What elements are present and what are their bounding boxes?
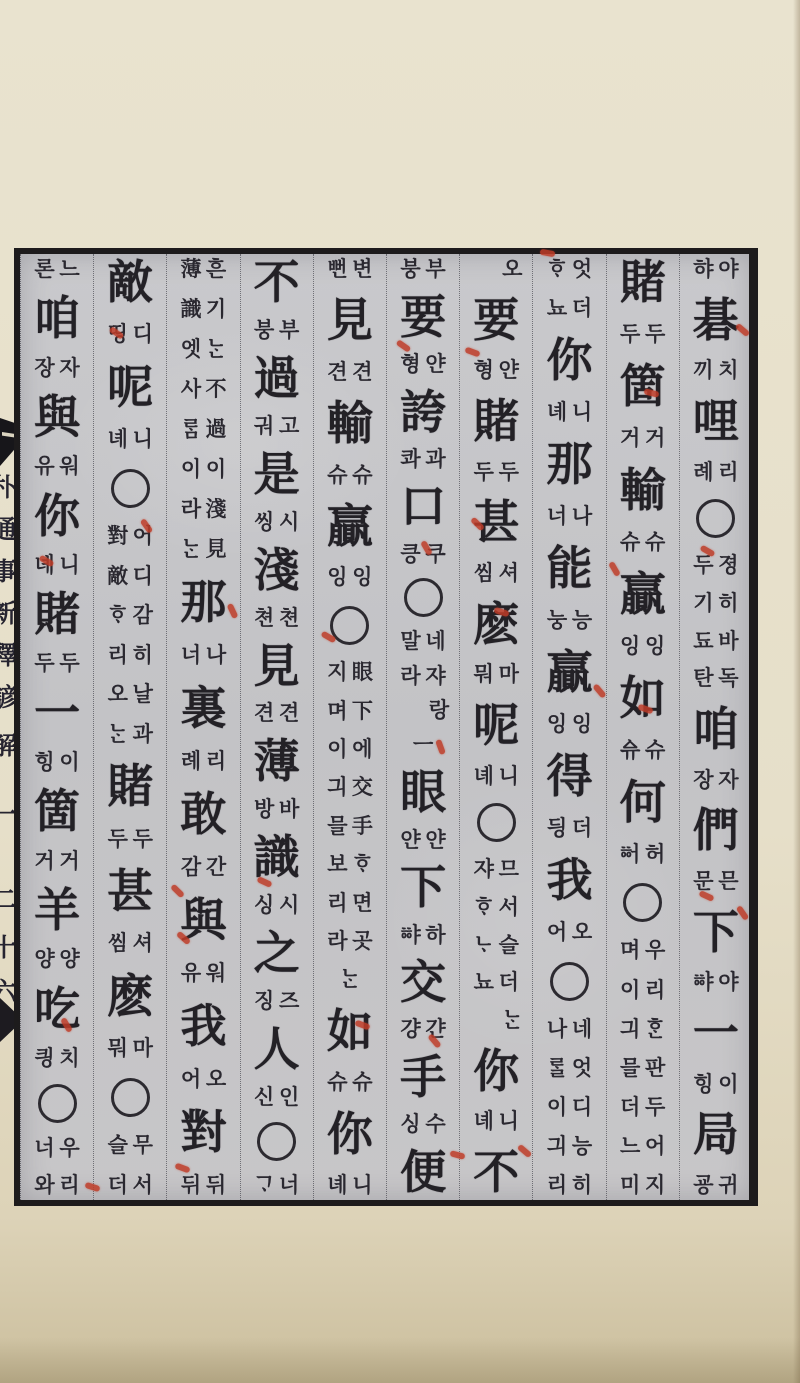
reading-left: 지 bbox=[326, 662, 348, 683]
section-circle bbox=[111, 469, 150, 508]
reading-right: 슈 bbox=[644, 532, 666, 553]
reading-right: 마 bbox=[498, 664, 520, 685]
reading-pair: 뭐마 bbox=[473, 664, 520, 685]
reading-right: 니 bbox=[351, 1175, 373, 1196]
reading-left: 녜 bbox=[473, 1111, 495, 1132]
reading-pair: 걍갼 bbox=[400, 1019, 447, 1040]
reading-pair: 이리 bbox=[619, 980, 666, 1001]
hanja-char: 眼 bbox=[400, 769, 446, 816]
reading-left: 거 bbox=[34, 851, 56, 872]
reading-pair: ᄀᆞ너 bbox=[253, 1175, 300, 1196]
reading-right: 오 bbox=[571, 922, 593, 943]
reading-right: 간 bbox=[205, 857, 227, 878]
reading-pair: 문믄 bbox=[692, 871, 739, 892]
reading-right: 능 bbox=[571, 1136, 593, 1157]
reading-left: 잉 bbox=[326, 567, 348, 588]
reading-right: 감 bbox=[132, 605, 154, 626]
reading-left: 두 bbox=[473, 462, 495, 483]
reading-right: 네 bbox=[571, 1019, 593, 1040]
reading-left: 사 bbox=[180, 379, 202, 400]
reading-left: 힝 bbox=[692, 1074, 714, 1095]
hanja-char: 箇 bbox=[620, 363, 666, 410]
reading-right: 거 bbox=[644, 428, 666, 449]
reading-right: 니 bbox=[498, 1111, 520, 1132]
reading-pair: 라곳 bbox=[326, 931, 373, 952]
reading-left: 씸 bbox=[107, 933, 129, 954]
reading-pair: 신인 bbox=[253, 1087, 300, 1108]
reading-left: 두 bbox=[107, 829, 129, 850]
reading-left: 어 bbox=[180, 1069, 202, 1090]
reading-left: 이 bbox=[619, 980, 641, 1001]
reading-left: 뇨 bbox=[473, 972, 495, 993]
reading-pair: 와리 bbox=[34, 1175, 81, 1196]
reading-left: 싱 bbox=[400, 1114, 422, 1135]
reading-left: 더 bbox=[619, 1097, 641, 1118]
reading-left: 감 bbox=[180, 857, 202, 878]
reading-pair: 킝치 bbox=[34, 1048, 81, 1069]
reading-left: 탄 bbox=[692, 668, 714, 689]
reading-pair: 끼치 bbox=[692, 360, 739, 381]
hanja-char: 是 bbox=[254, 451, 300, 498]
reading-right: 야 bbox=[717, 972, 739, 993]
reading-right: 하 bbox=[425, 925, 447, 946]
hanja-char: 交 bbox=[400, 959, 446, 1006]
section-circle bbox=[550, 962, 589, 1001]
reading-pair: ᅀᅲ슈 bbox=[619, 740, 666, 761]
reading-pair: 탄독 bbox=[692, 668, 739, 689]
reading-pair: 두두 bbox=[473, 462, 520, 483]
reading-left: 긔 bbox=[326, 777, 348, 798]
reading-right: 두 bbox=[59, 653, 81, 674]
hanja-char: 過 bbox=[254, 355, 300, 402]
hanja-char: 你 bbox=[34, 493, 80, 540]
reading-pair: 슈슈 bbox=[326, 465, 373, 486]
reading-pair: 긔능 bbox=[546, 1136, 593, 1157]
reading-right: 서 bbox=[132, 1175, 154, 1196]
reading-right: 이 bbox=[205, 459, 227, 480]
reading-pair: 눙능 bbox=[546, 610, 593, 631]
reading-right: 워 bbox=[59, 456, 81, 477]
reading-left: 햐 bbox=[692, 259, 714, 280]
reading-right: 셔 bbox=[132, 933, 154, 954]
reading-left: 뭐 bbox=[107, 1038, 129, 1059]
hanja-char: 那 bbox=[546, 441, 592, 488]
column-6: 뻔변見견견輸슈슈贏잉잉지眼며下이에긔交믈手보ᄒᆞ리면라곳ᄂᆞᆫ如슈슈你녜니 bbox=[313, 254, 386, 1200]
reading-right: 즈 bbox=[278, 991, 300, 1012]
reading-right: 잉 bbox=[644, 636, 666, 657]
hanja-char: 贏 bbox=[620, 571, 666, 618]
reading-pair: 이이 bbox=[180, 459, 227, 480]
hanja-char: 裏 bbox=[180, 685, 226, 732]
reading-left: 나 bbox=[546, 1019, 568, 1040]
reading-pair: 너나 bbox=[180, 645, 227, 666]
reading-pair: 녜니 bbox=[473, 1111, 520, 1132]
reading-pair: 녜니 bbox=[546, 402, 593, 423]
hanja-char: 那 bbox=[180, 579, 226, 626]
reading-pair: ᄒᆞ감 bbox=[107, 605, 154, 626]
reading-left: ᅘᅥ bbox=[619, 844, 641, 865]
reading-left: 너 bbox=[546, 506, 568, 527]
reading-right: 독 bbox=[717, 668, 739, 689]
reading-pair: 얀얀 bbox=[400, 830, 447, 851]
reading-pair: 며下 bbox=[326, 701, 373, 722]
reading-right: 뒤 bbox=[205, 1175, 227, 1196]
reading-left: 이 bbox=[326, 739, 348, 760]
section-circle bbox=[38, 1084, 77, 1123]
reading-right: 치 bbox=[717, 360, 739, 381]
reading-pair: 리히 bbox=[546, 1175, 593, 1196]
reading-left: 뭐 bbox=[473, 664, 495, 685]
reading-pair: 씸셔 bbox=[473, 563, 520, 584]
reading-left: 례 bbox=[692, 462, 714, 483]
reading-right: 변 bbox=[351, 259, 373, 280]
reading-left: 두 bbox=[34, 653, 56, 674]
reading-pair: 형얀 bbox=[400, 354, 447, 375]
hanja-char: 贏 bbox=[327, 503, 373, 550]
reading-right: 不 bbox=[205, 379, 227, 400]
reading-pair: 뭐마 bbox=[107, 1038, 154, 1059]
reading-left: 걍 bbox=[400, 1019, 422, 1040]
single-gloss-char: 오 bbox=[460, 259, 532, 280]
reading-right: 잉 bbox=[351, 567, 373, 588]
reading-pair: 유워 bbox=[180, 963, 227, 984]
reading-pair: 어오 bbox=[180, 1069, 227, 1090]
reading-right: 더 bbox=[571, 818, 593, 839]
single-gloss-char: ㅡ bbox=[387, 735, 459, 756]
reading-right: 기 bbox=[205, 299, 227, 320]
reading-pair: 라쟈 bbox=[400, 666, 447, 687]
reading-left: 슬 bbox=[107, 1135, 129, 1156]
reading-right: 수 bbox=[425, 1114, 447, 1135]
reading-right: 바 bbox=[278, 799, 300, 820]
hanja-char: 不 bbox=[254, 259, 300, 306]
reading-left: 너 bbox=[180, 645, 202, 666]
reading-right: 양 bbox=[59, 949, 81, 970]
reading-right: 능 bbox=[571, 610, 593, 631]
reading-pair: 녜니 bbox=[326, 1175, 373, 1196]
reading-left: 薄 bbox=[180, 259, 202, 280]
reading-left: ᄂᆞᆫ bbox=[107, 724, 129, 745]
reading-right: 서 bbox=[498, 897, 520, 918]
hanja-char: 咱 bbox=[693, 706, 739, 753]
reading-pair: 너우 bbox=[34, 1138, 81, 1159]
reading-left: 녜 bbox=[546, 402, 568, 423]
reading-right: 믄 bbox=[717, 871, 739, 892]
reading-left: 론 bbox=[34, 259, 56, 280]
reading-right: 더 bbox=[498, 972, 520, 993]
reading-left: 문 bbox=[692, 871, 714, 892]
column-7: 不붕부過궈고是씽시淺쳔쳔見견견薄방바識싱시之징즈人신인ᄀᆞ너 bbox=[240, 254, 313, 1200]
reading-left: 뇨 bbox=[546, 298, 568, 319]
hanja-char: 人 bbox=[254, 1026, 300, 1073]
reading-pair: 敵디 bbox=[107, 566, 154, 587]
reading-pair: 사不 bbox=[180, 379, 227, 400]
reading-pair: 잉잉 bbox=[546, 714, 593, 735]
reading-right: 날 bbox=[132, 684, 154, 705]
hanja-char: 對 bbox=[180, 1109, 226, 1156]
reading-pair: 굥귀 bbox=[692, 1175, 739, 1196]
reading-pair: 잉잉 bbox=[619, 636, 666, 657]
hanja-char: 與 bbox=[34, 394, 80, 441]
hanja-char: 賭 bbox=[107, 763, 153, 810]
reading-right: 인 bbox=[278, 1087, 300, 1108]
reading-right: 이 bbox=[717, 1074, 739, 1095]
reading-pair: 나네 bbox=[546, 1019, 593, 1040]
reading-right: 리 bbox=[717, 462, 739, 483]
reading-right: 부 bbox=[278, 320, 300, 341]
reading-left: ᅘᅣ bbox=[400, 925, 422, 946]
reading-left: 며 bbox=[326, 701, 348, 722]
reading-left: 오 bbox=[107, 684, 129, 705]
reading-pair: ᄂᆞ슬 bbox=[473, 935, 520, 956]
hanja-char: 誇 bbox=[400, 389, 446, 436]
reading-right: 얀 bbox=[425, 354, 447, 375]
reading-left: 리 bbox=[326, 893, 348, 914]
reading-left: 긔 bbox=[546, 1136, 568, 1157]
reading-pair: 뇨더 bbox=[546, 298, 593, 319]
reading-left: 이 bbox=[546, 1097, 568, 1118]
reading-left: 이 bbox=[180, 459, 202, 480]
reading-left: 느 bbox=[619, 1136, 641, 1157]
hanja-char: 們 bbox=[693, 807, 739, 854]
reading-left: 말 bbox=[400, 631, 422, 652]
section-circle bbox=[257, 1122, 296, 1161]
column-4: 오要형얀賭두두甚씸셔麽뭐마呢녜니쟈므ᄒᆞ서ᄂᆞ슬뇨더ᄂᆞᆫ你녜니不 bbox=[459, 254, 532, 1200]
reading-pair: ᅘᅣ야 bbox=[692, 972, 739, 993]
reading-left: 며 bbox=[619, 940, 641, 961]
reading-right: 히 bbox=[717, 593, 739, 614]
reading-pair: ᄅᆞᆯ엇 bbox=[546, 1058, 593, 1079]
reading-right: 下 bbox=[351, 701, 373, 722]
reading-left: 잉 bbox=[619, 636, 641, 657]
reading-right: 나 bbox=[571, 506, 593, 527]
reading-pair: 붕부 bbox=[253, 320, 300, 341]
reading-right: 야 bbox=[717, 259, 739, 280]
reading-pair: 며우 bbox=[619, 940, 666, 961]
reading-pair: 햐야 bbox=[692, 259, 739, 280]
reading-left: 슈 bbox=[619, 532, 641, 553]
reading-left: 敵 bbox=[107, 566, 129, 587]
hanja-char: 能 bbox=[546, 545, 592, 592]
reading-pair: 장자 bbox=[34, 358, 81, 379]
reading-pair: 슈슈 bbox=[326, 1072, 373, 1093]
hanja-char: 口 bbox=[400, 483, 446, 530]
hanja-char: 你 bbox=[473, 1048, 519, 1095]
reading-left: 더 bbox=[107, 1175, 129, 1196]
hanja-char: 薄 bbox=[254, 738, 300, 785]
reading-pair: 힝이 bbox=[692, 1074, 739, 1095]
hanja-char: 輸 bbox=[327, 400, 373, 447]
reading-right: 느 bbox=[59, 259, 81, 280]
reading-left: 유 bbox=[180, 963, 202, 984]
reading-pair: 붕부 bbox=[400, 259, 447, 280]
reading-pair: 긔交 bbox=[326, 777, 373, 798]
reading-pair: 씸셔 bbox=[107, 933, 154, 954]
reading-left: 징 bbox=[253, 991, 275, 1012]
reading-right: 手 bbox=[351, 816, 373, 837]
reading-right: 잉 bbox=[571, 714, 593, 735]
hanja-char: 哩 bbox=[693, 398, 739, 445]
reading-left: 녜 bbox=[473, 766, 495, 787]
reading-right: ᄒᆞ bbox=[351, 854, 373, 875]
reading-left: 識 bbox=[180, 299, 202, 320]
column-2: 賭두두箇거거輸슈슈贏잉잉如ᅀᅲ슈何ᅘᅥ허며우이리긔ᄒᆞᆫ믈판더두느어미지 bbox=[606, 254, 679, 1200]
reading-left: 리 bbox=[107, 645, 129, 666]
reading-pair: 궈고 bbox=[253, 416, 300, 437]
hanja-char: 敵 bbox=[107, 259, 153, 306]
reading-right: 디 bbox=[571, 1097, 593, 1118]
reading-pair: 쳔쳔 bbox=[253, 608, 300, 629]
reading-left: 형 bbox=[400, 354, 422, 375]
reading-left: 눙 bbox=[546, 610, 568, 631]
text-columns: 햐야碁끼치哩례리두졍기히됴바탄독咱장자們문믄下ᅘᅣ야一힝이局굥귀賭두두箇거거輸슈… bbox=[20, 254, 752, 1200]
reading-right: 허 bbox=[644, 844, 666, 865]
reading-pair: 어오 bbox=[546, 922, 593, 943]
reading-right: 귀 bbox=[717, 1175, 739, 1196]
reading-pair: 뻔변 bbox=[326, 259, 373, 280]
reading-pair: 보ᄒᆞ bbox=[326, 854, 373, 875]
reading-right: ᄂᆞᆫ bbox=[205, 339, 227, 360]
section-circle bbox=[330, 606, 369, 645]
reading-pair: 지眼 bbox=[326, 662, 373, 683]
reading-left: ᄅᆞᆯ bbox=[546, 1058, 568, 1079]
hanja-char: 下 bbox=[400, 864, 446, 911]
hanja-char: 一 bbox=[693, 1010, 739, 1057]
reading-right: 거 bbox=[59, 851, 81, 872]
reading-pair: 싱시 bbox=[253, 895, 300, 916]
reading-pair: 라淺 bbox=[180, 499, 227, 520]
reading-left: 례 bbox=[180, 751, 202, 772]
reading-right: 자 bbox=[717, 770, 739, 791]
reading-left: 녜 bbox=[107, 429, 129, 450]
reading-pair: 긔ᄒᆞᆫ bbox=[619, 1019, 666, 1040]
reading-right: 셔 bbox=[498, 563, 520, 584]
reading-left: 라 bbox=[180, 499, 202, 520]
reading-left: 기 bbox=[692, 593, 714, 614]
reading-right: 졍 bbox=[717, 555, 739, 576]
reading-left: 믈 bbox=[619, 1058, 641, 1079]
reading-left: 싱 bbox=[253, 895, 275, 916]
reading-right: 고 bbox=[278, 416, 300, 437]
reading-pair: 이에 bbox=[326, 739, 373, 760]
reading-left: 미 bbox=[619, 1175, 641, 1196]
hanja-char: 吃 bbox=[34, 986, 80, 1033]
reading-left: 보 bbox=[326, 854, 348, 875]
reading-pair: 녜니 bbox=[107, 429, 154, 450]
reading-pair: 리면 bbox=[326, 893, 373, 914]
reading-left: 끼 bbox=[692, 360, 714, 381]
reading-pair: 힝이 bbox=[34, 752, 81, 773]
reading-pair: 두두 bbox=[34, 653, 81, 674]
hanja-char: 見 bbox=[254, 643, 300, 690]
reading-left: 쳔 bbox=[253, 608, 275, 629]
reading-pair: 더서 bbox=[107, 1175, 154, 1196]
reading-right: 히 bbox=[132, 645, 154, 666]
reading-pair: 방바 bbox=[253, 799, 300, 820]
reading-right: 니 bbox=[571, 402, 593, 423]
reading-left: 슈 bbox=[326, 1072, 348, 1093]
reading-left: 뒤 bbox=[180, 1175, 202, 1196]
reading-left: ᄂᆞ bbox=[473, 935, 495, 956]
hanja-char: 敢 bbox=[180, 791, 226, 838]
reading-pair: 슬무 bbox=[107, 1135, 154, 1156]
reading-right: 니 bbox=[498, 766, 520, 787]
reading-right: 두 bbox=[644, 1097, 666, 1118]
reading-pair: 쟈므 bbox=[473, 859, 520, 880]
reading-pair: 薄흔 bbox=[180, 259, 227, 280]
reading-left: 라 bbox=[326, 931, 348, 952]
reading-right: 과 bbox=[425, 449, 447, 470]
reading-left: 딍 bbox=[546, 818, 568, 839]
reading-right: 시 bbox=[278, 512, 300, 533]
reading-right: 과 bbox=[132, 724, 154, 745]
reading-right: 무 bbox=[132, 1135, 154, 1156]
reading-right: 오 bbox=[205, 1069, 227, 1090]
reading-pair: 됴바 bbox=[692, 631, 739, 652]
reading-right: 니 bbox=[132, 429, 154, 450]
reading-left: 녜 bbox=[326, 1175, 348, 1196]
reading-right: 디 bbox=[132, 566, 154, 587]
reading-right: 슈 bbox=[644, 740, 666, 761]
reading-left: 킝 bbox=[34, 1048, 56, 1069]
reading-pair: ᅘᅥ허 bbox=[619, 844, 666, 865]
reading-left: 잉 bbox=[546, 714, 568, 735]
reading-left: 됴 bbox=[692, 631, 714, 652]
reading-right: 시 bbox=[278, 895, 300, 916]
reading-left: 리 bbox=[546, 1175, 568, 1196]
hanja-char: 要 bbox=[400, 294, 446, 341]
hanja-char: 贏 bbox=[546, 649, 592, 696]
section-circle bbox=[623, 883, 662, 922]
hanja-char: 你 bbox=[546, 337, 592, 384]
reading-right: 우 bbox=[59, 1138, 81, 1159]
reading-left: 어 bbox=[546, 922, 568, 943]
reading-right: 眼 bbox=[351, 662, 373, 683]
column-1-rightmost: 햐야碁끼치哩례리두졍기히됴바탄독咱장자們문믄下ᅘᅣ야一힝이局굥귀 bbox=[679, 254, 752, 1200]
reading-left: 붕 bbox=[400, 259, 422, 280]
reading-right: 이 bbox=[59, 752, 81, 773]
section-circle bbox=[111, 1078, 150, 1117]
reading-pair: 뇨더 bbox=[473, 972, 520, 993]
reading-left: 궈 bbox=[253, 416, 275, 437]
reading-pair: 더두 bbox=[619, 1097, 666, 1118]
reading-right: 디 bbox=[132, 324, 154, 345]
reading-pair: 감간 bbox=[180, 857, 227, 878]
reading-left: 굥 bbox=[692, 1175, 714, 1196]
reading-left: ᄂᆞᆫ bbox=[180, 539, 202, 560]
reading-left: ᄒᆞ bbox=[473, 897, 495, 918]
hanja-char: 碁 bbox=[693, 297, 739, 344]
reading-pair: ᄅᆞᆷ過 bbox=[180, 419, 227, 440]
hanja-char: 呢 bbox=[473, 702, 519, 749]
reading-pair: 리히 bbox=[107, 645, 154, 666]
reading-right: 지 bbox=[644, 1175, 666, 1196]
hanja-char: 麽 bbox=[107, 973, 153, 1020]
reading-right: 부 bbox=[425, 259, 447, 280]
reading-pair: ᄒᆞ서 bbox=[473, 897, 520, 918]
reading-pair: 뒤뒤 bbox=[180, 1175, 227, 1196]
reading-pair: 거거 bbox=[34, 851, 81, 872]
reading-pair: 딍더 bbox=[546, 818, 593, 839]
reading-left: 붕 bbox=[253, 320, 275, 341]
reading-left: 對 bbox=[107, 526, 129, 547]
reading-pair: 징즈 bbox=[253, 991, 300, 1012]
scanned-book-page: { "document": { "type": "woodblock-print… bbox=[0, 0, 800, 1383]
reading-left: 라 bbox=[400, 666, 422, 687]
reading-pair: 형얀 bbox=[473, 360, 520, 381]
reading-pair: ᄂᆞᆫ과 bbox=[107, 724, 154, 745]
column-9: 敵띵디呢녜니對어敵디ᄒᆞ감리히오날ᄂᆞᆫ과賭두두甚씸셔麽뭐마슬무더서 bbox=[93, 254, 166, 1200]
